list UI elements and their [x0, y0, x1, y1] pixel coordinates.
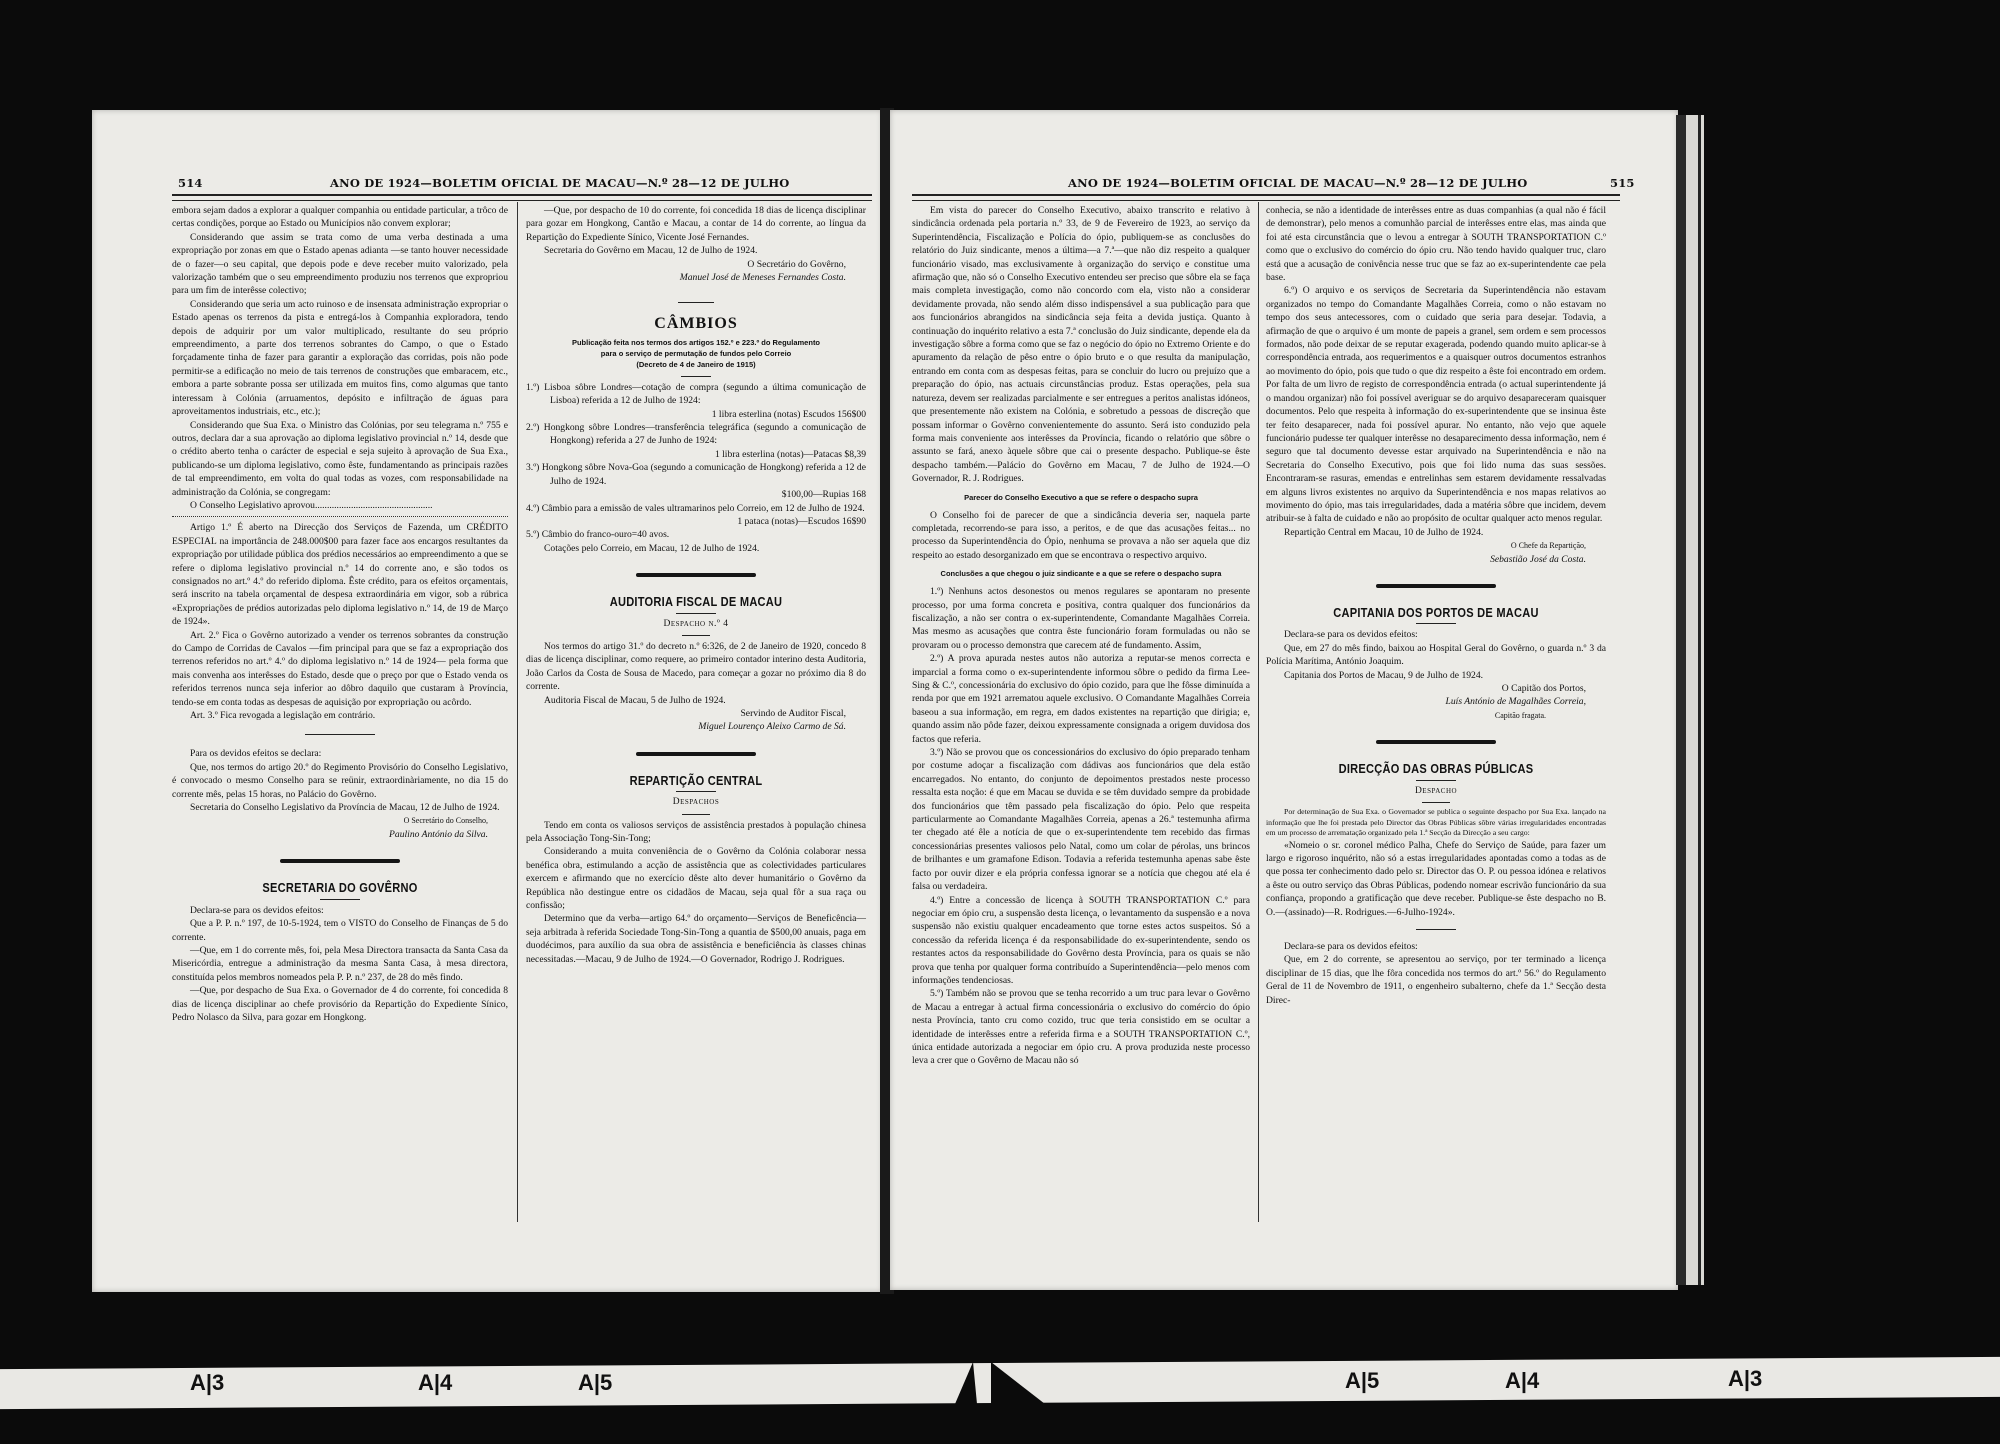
divider	[682, 635, 710, 636]
page-edge-shadow	[1676, 115, 1686, 1285]
divider	[676, 791, 716, 792]
film-marker-label: A|3	[190, 1370, 224, 1395]
capitania-place-date: Capitania dos Portos de Macau, 9 de Julh…	[1266, 669, 1606, 682]
signature-title: O Capitão dos Portos,	[1266, 682, 1606, 695]
signature-name: Sebastião José da Costa.	[1266, 553, 1606, 566]
paragraph: Considerando a muita conveniência de o G…	[526, 845, 866, 912]
film-marker: A|3	[1728, 1366, 1762, 1392]
conclusion: 4.º) Entre a concessão de licença à SOUT…	[912, 894, 1250, 988]
capitania-intro: Declara-se para os devidos efeitos:	[1266, 628, 1606, 641]
paragraph: 6.º) O arquivo e os serviços de Secretar…	[1266, 284, 1606, 525]
film-notch-icon	[955, 1362, 1045, 1407]
divider	[1416, 780, 1456, 781]
obras-intro: Declara-se para os devidos efeitos:	[1266, 940, 1606, 953]
signature-name: Manuel José de Meneses Fernandes Costa.	[526, 271, 866, 284]
film-marker-label: A|3	[1728, 1366, 1762, 1391]
section-divider	[280, 859, 400, 863]
secretaria-item: —Que, em 1 do corrente mês, foi, pela Me…	[172, 944, 508, 984]
cambio-rate: 1 libra esterlina (notas)—Patacas $8,39	[526, 448, 866, 461]
section-divider	[1376, 584, 1496, 588]
divider	[681, 376, 711, 377]
secretaria-item: —Que, por despacho de Sua Exa. o Governa…	[172, 984, 508, 1024]
divider	[682, 814, 710, 815]
cambio-item: 1.º) Lisboa sôbre Londres—cotação de com…	[526, 381, 866, 408]
parecer-heading: Parecer do Conselho Executivo a que se r…	[912, 492, 1250, 503]
cambio-item: 4.º) Câmbio para a emissão de vales ultr…	[526, 502, 866, 515]
cambios-subtitle-line: Publicação feita nos termos dos artigos …	[526, 337, 866, 348]
section-divider	[1376, 740, 1496, 744]
obras-subtitle: Despacho	[1266, 785, 1606, 798]
paragraph: Art. 2.º Fica o Govêrno autorizado a ven…	[172, 629, 508, 709]
cambios-list: 1.º) Lisboa sôbre Londres—cotação de com…	[526, 381, 866, 542]
cambios-subtitle-line: (Decreto de 4 de Janeiro de 1915)	[526, 359, 866, 370]
cambio-item: 2.º) Hongkong sôbre Londres—transferênci…	[526, 421, 866, 448]
section-title-auditoria: AUDITORIA FISCAL DE MACAU	[552, 595, 841, 608]
column-rule	[1258, 202, 1259, 1222]
obras-quote: «Nomeio o sr. coronel médico Palha, Chef…	[1266, 839, 1606, 919]
paragraph: Artigo 1.º É aberto na Direcção dos Serv…	[172, 521, 508, 628]
film-marker: A|4	[1505, 1368, 1539, 1394]
signature-title: O Secretário do Conselho,	[172, 814, 508, 827]
paragraph: O Conselho Legislativo aprovou..........…	[172, 499, 508, 517]
secretaria-intro: Declara-se para os devidos efeitos:	[172, 904, 508, 917]
film-marker: A|4	[418, 1370, 452, 1396]
conclusion: 5.º) Também não se provou que se tenha r…	[912, 987, 1250, 1067]
page-number-right: 515	[1610, 176, 1635, 190]
paragraph: Considerando que Sua Exa. o Ministro das…	[172, 419, 508, 499]
paragraph: Art. 3.º Fica revogada a legislação em c…	[172, 709, 508, 722]
section-title-cambios: CÂMBIOS	[526, 317, 866, 330]
obras-note: Por determinação de Sua Exa. o Governado…	[1266, 807, 1606, 839]
cambio-rate: $100,00—Rupias 168	[526, 488, 866, 501]
convocation-body: Que, nos termos do artigo 20.º do Regime…	[172, 761, 508, 801]
section-title-capitania: CAPITANIA DOS PORTOS DE MACAU	[1292, 606, 1581, 619]
secretaria-item: —Que, por despacho de 10 do corrente, fo…	[526, 204, 866, 244]
reparticao-subtitle: Despachos	[526, 796, 866, 809]
right-col-1: Em vista do parecer do Conselho Executiv…	[912, 204, 1250, 1068]
head-rule	[172, 194, 872, 201]
cambios-subtitle-line: para o serviço de permutação de fundos p…	[526, 348, 866, 359]
convocation-intro: Para os devidos efeitos se declara:	[172, 747, 508, 760]
divider	[678, 302, 714, 303]
paragraph: embora sejam dados a explorar a qualquer…	[172, 204, 508, 231]
divider	[676, 613, 716, 614]
signature-title: Servindo de Auditor Fiscal,	[526, 707, 866, 720]
film-marker-label: A|5	[578, 1370, 612, 1395]
cambios-subtitle: Publicação feita nos termos dos artigos …	[526, 337, 866, 370]
section-divider	[636, 573, 756, 577]
film-marker-label: A|4	[418, 1370, 452, 1395]
page-edge	[1686, 115, 1698, 1285]
signature-title: O Secretário do Govêrno,	[526, 258, 866, 271]
place-date: Repartição Central em Macau, 10 de Julho…	[1266, 526, 1606, 539]
divider	[305, 734, 375, 735]
conclusion: 2.º) A prova apurada nestes autos não au…	[912, 652, 1250, 746]
convocation-place-date: Secretaria do Conselho Legislativo da Pr…	[172, 801, 508, 814]
divider	[1416, 929, 1456, 930]
place-date: Secretaria do Govêrno em Macau, 12 de Ju…	[526, 244, 866, 257]
auditoria-body: Nos termos do artigo 31.º do decreto n.º…	[526, 640, 866, 694]
section-title-obras: DIRECÇÃO DAS OBRAS PÚBLICAS	[1292, 762, 1581, 775]
film-marker-label: A|4	[1505, 1368, 1539, 1393]
column-rule	[517, 202, 518, 1222]
divider	[320, 899, 360, 900]
divider	[1422, 802, 1450, 803]
page-number-left: 514	[178, 176, 203, 190]
paragraph: Em vista do parecer do Conselho Executiv…	[912, 204, 1250, 486]
obras-body: Que, em 2 do corrente, se apresentou ao …	[1266, 953, 1606, 1007]
right-col-2: conhecia, se não a identidade de interês…	[1266, 204, 1606, 1007]
cambio-rate: 1 libra esterlina (notas) Escudos 156$00	[526, 408, 866, 421]
divider	[1416, 623, 1456, 624]
cambio-item: 5.º) Câmbio do franco-ouro=40 avos.	[526, 528, 866, 541]
film-marker: A|5	[1345, 1368, 1379, 1394]
auditoria-place-date: Auditoria Fiscal de Macau, 5 de Julho de…	[526, 694, 866, 707]
cambios-footer: Cotações pelo Correio, em Macau, 12 de J…	[526, 542, 866, 555]
conclusoes-heading: Conclusões a que chegou o juiz sindicant…	[912, 568, 1250, 579]
left-col-1: embora sejam dados a explorar a qualquer…	[172, 204, 508, 1024]
running-head-right: ANO DE 1924—BOLETIM OFICIAL DE MACAU—N.º…	[1068, 176, 1528, 190]
running-head-left: ANO DE 1924—BOLETIM OFICIAL DE MACAU—N.º…	[330, 176, 790, 190]
paragraph: Determino que da verba—artigo 64.º do or…	[526, 912, 866, 966]
paragraph: conhecia, se não a identidade de interês…	[1266, 204, 1606, 284]
signature-name: Miguel Lourenço Aleixo Carmo de Sá.	[526, 720, 866, 733]
left-col-2: —Que, por despacho de 10 do corrente, fo…	[526, 204, 866, 966]
page-edge	[1701, 115, 1704, 1285]
cambio-rate: 1 pataca (notas)—Escudos 16$90	[526, 515, 866, 528]
signature-name: Luís António de Magalhães Correia,	[1266, 695, 1606, 708]
signature-name: Paulino António da Silva.	[172, 828, 508, 841]
auditoria-subtitle: Despacho n.º 4	[526, 618, 866, 631]
paragraph: Considerando que assim se trata como de …	[172, 231, 508, 298]
film-marker-label: A|5	[1345, 1368, 1379, 1393]
film-marker: A|5	[578, 1370, 612, 1396]
film-marker: A|3	[190, 1370, 224, 1396]
signature-rank: Capitão fragata.	[1266, 709, 1606, 722]
signature-title: O Chefe da Repartição,	[1266, 539, 1606, 552]
paragraph: Considerando que seria um acto ruinoso e…	[172, 298, 508, 419]
section-title-secretaria: SECRETARIA DO GOVÊRNO	[197, 881, 483, 894]
secretaria-item: Que a P. P. n.º 197, de 10-5-1924, tem o…	[172, 917, 508, 944]
cambio-item: 3.º) Hongkong sôbre Nova-Goa (segundo a …	[526, 461, 866, 488]
paragraph: Tendo em conta os valiosos serviços de a…	[526, 819, 866, 846]
section-title-reparticao: REPARTIÇÃO CENTRAL	[552, 774, 841, 787]
section-divider	[636, 752, 756, 756]
capitania-body: Que, em 27 do mês findo, baixou ao Hospi…	[1266, 642, 1606, 669]
head-rule	[912, 194, 1620, 201]
conclusion: 1.º) Nenhuns actos desonestos ou menos r…	[912, 585, 1250, 652]
conclusion: 3.º) Não se provou que os concessionário…	[912, 746, 1250, 893]
parecer-body: O Conselho foi de parecer de que a sindi…	[912, 509, 1250, 563]
